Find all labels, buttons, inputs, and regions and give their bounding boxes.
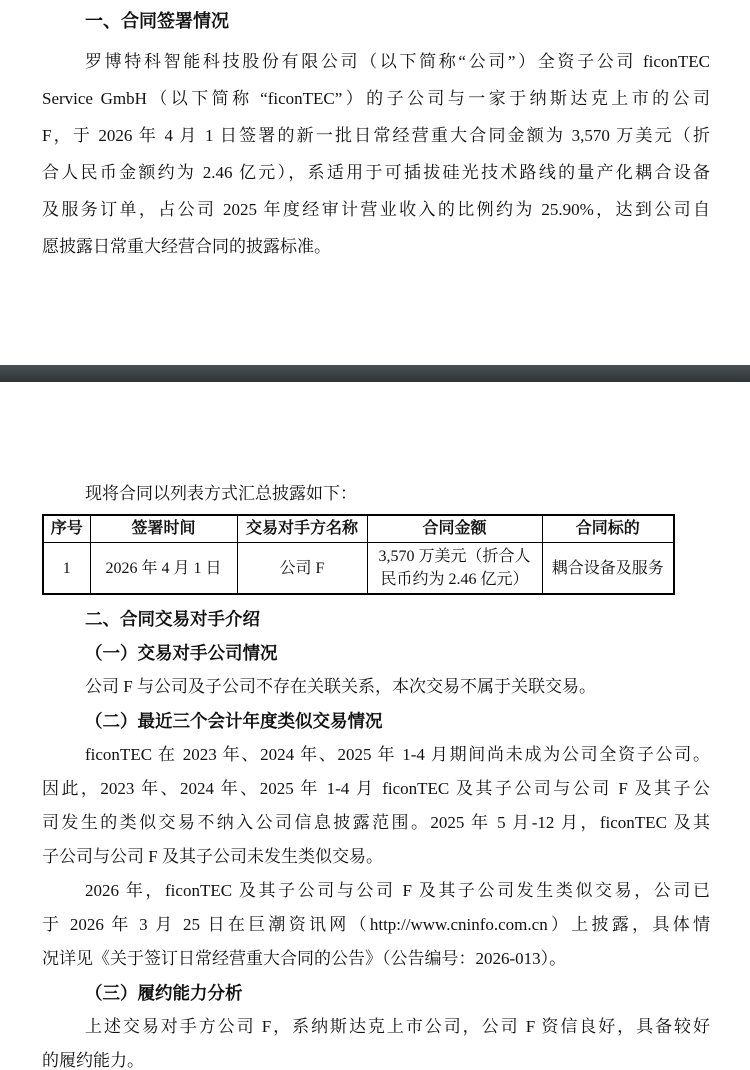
subsection-heading-similar-transactions: （二）最近三个会计年度类似交易情况	[42, 704, 710, 738]
table-row: 1 2026 年 4 月 1 日 公司 F 3,570 万美元（折合人民币约为 …	[43, 543, 674, 595]
paragraph-line: 况详见《关于签订日常经营重大合同的公告》（公告编号：2026-013）。	[42, 942, 710, 976]
section-heading-counterparty: 二、合同交易对手介绍	[42, 602, 710, 636]
paragraph-line: 上述交易对手方公司 F，系纳斯达克上市公司，公司 F 资信良好，具备较好	[42, 1010, 710, 1044]
paragraph-line: 司发生的类似交易不纳入公司信息披露范围。2025 年 5 月-12 月，fico…	[42, 806, 710, 840]
cell-subject: 耦合设备及服务	[542, 543, 674, 595]
paragraph-line: 及服务订单，占公司 2025 年度经审计营业收入的比例约为 25.90%，达到公…	[42, 191, 710, 228]
section-heading: 一、合同签署情况	[42, 10, 710, 33]
document-page: 一、合同签署情况 罗博特科智能科技股份有限公司（以下简称“公司”）全资子公司 f…	[0, 0, 750, 1070]
contracts-summary-table: 序号 签署时间 交易对手方名称 合同金额 合同标的 1 2026 年 4 月 1…	[42, 514, 675, 595]
paragraph-line: Service GmbH（以下简称 “ficonTEC”）的子公司与一家于纳斯达…	[42, 80, 710, 117]
subsection-heading-company-info: （一）交易对手公司情况	[42, 636, 710, 670]
cell-sign-date: 2026 年 4 月 1 日	[90, 543, 237, 595]
cell-counterparty: 公司 F	[237, 543, 367, 595]
section-contract-signing: 一、合同签署情况 罗博特科智能科技股份有限公司（以下简称“公司”）全资子公司 f…	[42, 10, 710, 265]
table-header-sign-date: 签署时间	[90, 515, 237, 543]
subsection-heading-performance-ability: （三）履约能力分析	[42, 976, 710, 1010]
paragraph-line: 2026 年，ficonTEC 及其子公司与公司 F 及其子公司发生类似交易，公…	[42, 874, 710, 908]
table-intro-line: 现将合同以列表方式汇总披露如下：	[42, 478, 710, 510]
cell-index: 1	[43, 543, 90, 595]
table-header-amount: 合同金额	[367, 515, 542, 543]
table-header-counterparty: 交易对手方名称	[237, 515, 367, 543]
paragraph-line: 公司 F 与公司及子公司不存在关联关系，本次交易不属于关联交易。	[42, 670, 710, 704]
paragraph-line: 的履约能力。	[42, 1044, 710, 1070]
table-header-index: 序号	[43, 515, 90, 543]
table-header-subject: 合同标的	[542, 515, 674, 543]
section-summary-and-counterparty: 现将合同以列表方式汇总披露如下： 序号 签署时间 交易对手方名称 合同金额 合同…	[42, 478, 710, 1070]
paragraph-line: 子公司与公司 F 及其子公司未发生类似交易。	[42, 840, 710, 874]
paragraph-line: 因此，2023 年、2024 年、2025 年 1-4 月 ficonTEC 及…	[42, 772, 710, 806]
paragraph-line: 愿披露日常重大经营合同的披露标准。	[42, 228, 710, 265]
paragraph-line: F，于 2026 年 4 月 1 日签署的新一批日常经营重大合同金额为 3,57…	[42, 117, 710, 154]
cell-amount: 3,570 万美元（折合人民币约为 2.46 亿元）	[367, 543, 542, 595]
table-header-row: 序号 签署时间 交易对手方名称 合同金额 合同标的	[43, 515, 674, 543]
paragraph-line: 于 2026 年 3 月 25 日在巨潮资讯网（http://www.cninf…	[42, 908, 710, 942]
page-break-bar	[0, 365, 750, 382]
paragraph-line: 合人民币金额约为 2.46 亿元），系适用于可插拔硅光技术路线的量产化耦合设备	[42, 154, 710, 191]
paragraph-line: 罗博特科智能科技股份有限公司（以下简称“公司”）全资子公司 ficonTEC	[42, 43, 710, 80]
paragraph-line: ficonTEC 在 2023 年、2024 年、2025 年 1-4 月期间尚…	[42, 738, 710, 772]
